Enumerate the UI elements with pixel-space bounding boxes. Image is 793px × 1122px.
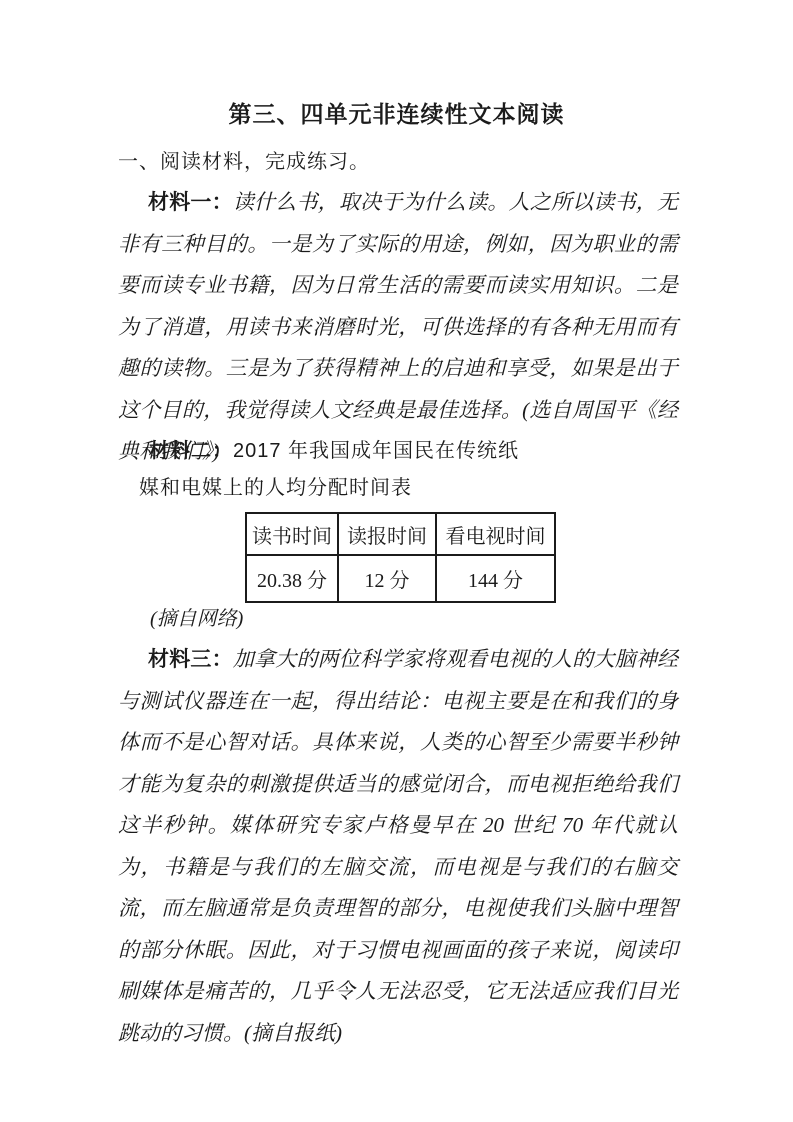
material-two-title-line1: 材料二：2017 年我国成年国民在传统纸 — [149, 436, 519, 466]
material-three-label: 材料三： — [148, 648, 233, 671]
page-title: 第三、四单元非连续性文本阅读 — [0, 100, 793, 128]
section-heading: 一、阅读材料，完成练习。 — [118, 148, 370, 176]
material-three-source: (摘自报纸) — [244, 1021, 342, 1045]
material-two-source: (摘自网络) — [150, 604, 243, 634]
material-two-title-text: 2017 年我国成年国民在传统纸 — [233, 440, 519, 462]
table-value-reading-newspaper: 12 分 — [338, 555, 436, 602]
table-header-watching-tv: 看电视时间 — [436, 513, 555, 555]
material-one-paragraph: 材料一：读什么书，取决于为什么读。人之所以读书，无非有三种目的。一是为了实际的用… — [118, 182, 678, 473]
table-header-reading-books: 读书时间 — [246, 513, 338, 555]
material-three-text: 加拿大的两位科学家将观看电视的人的大脑神经与测试仪器连在一起，得出结论：电视主要… — [118, 647, 678, 1045]
table-value-watching-tv: 144 分 — [436, 555, 555, 602]
table-value-reading-books: 20.38 分 — [246, 555, 338, 602]
material-one-label: 材料一： — [148, 191, 233, 214]
document-page: 第三、四单元非连续性文本阅读 一、阅读材料，完成练习。 材料一：读什么书，取决于… — [0, 0, 793, 1122]
material-one-text: 读什么书，取决于为什么读。人之所以读书，无非有三种目的。一是为了实际的用途，例如… — [118, 190, 678, 422]
table-header-reading-newspaper: 读报时间 — [338, 513, 436, 555]
time-allocation-table: 读书时间 读报时间 看电视时间 20.38 分 12 分 144 分 — [245, 512, 556, 603]
material-two-title-line2: 媒和电媒上的人均分配时间表 — [139, 473, 412, 503]
table-header-row: 读书时间 读报时间 看电视时间 — [246, 513, 555, 555]
material-two-label: 材料二： — [149, 440, 233, 462]
material-three-paragraph: 材料三：加拿大的两位科学家将观看电视的人的大脑神经与测试仪器连在一起，得出结论：… — [118, 639, 678, 1054]
table-value-row: 20.38 分 12 分 144 分 — [246, 555, 555, 602]
